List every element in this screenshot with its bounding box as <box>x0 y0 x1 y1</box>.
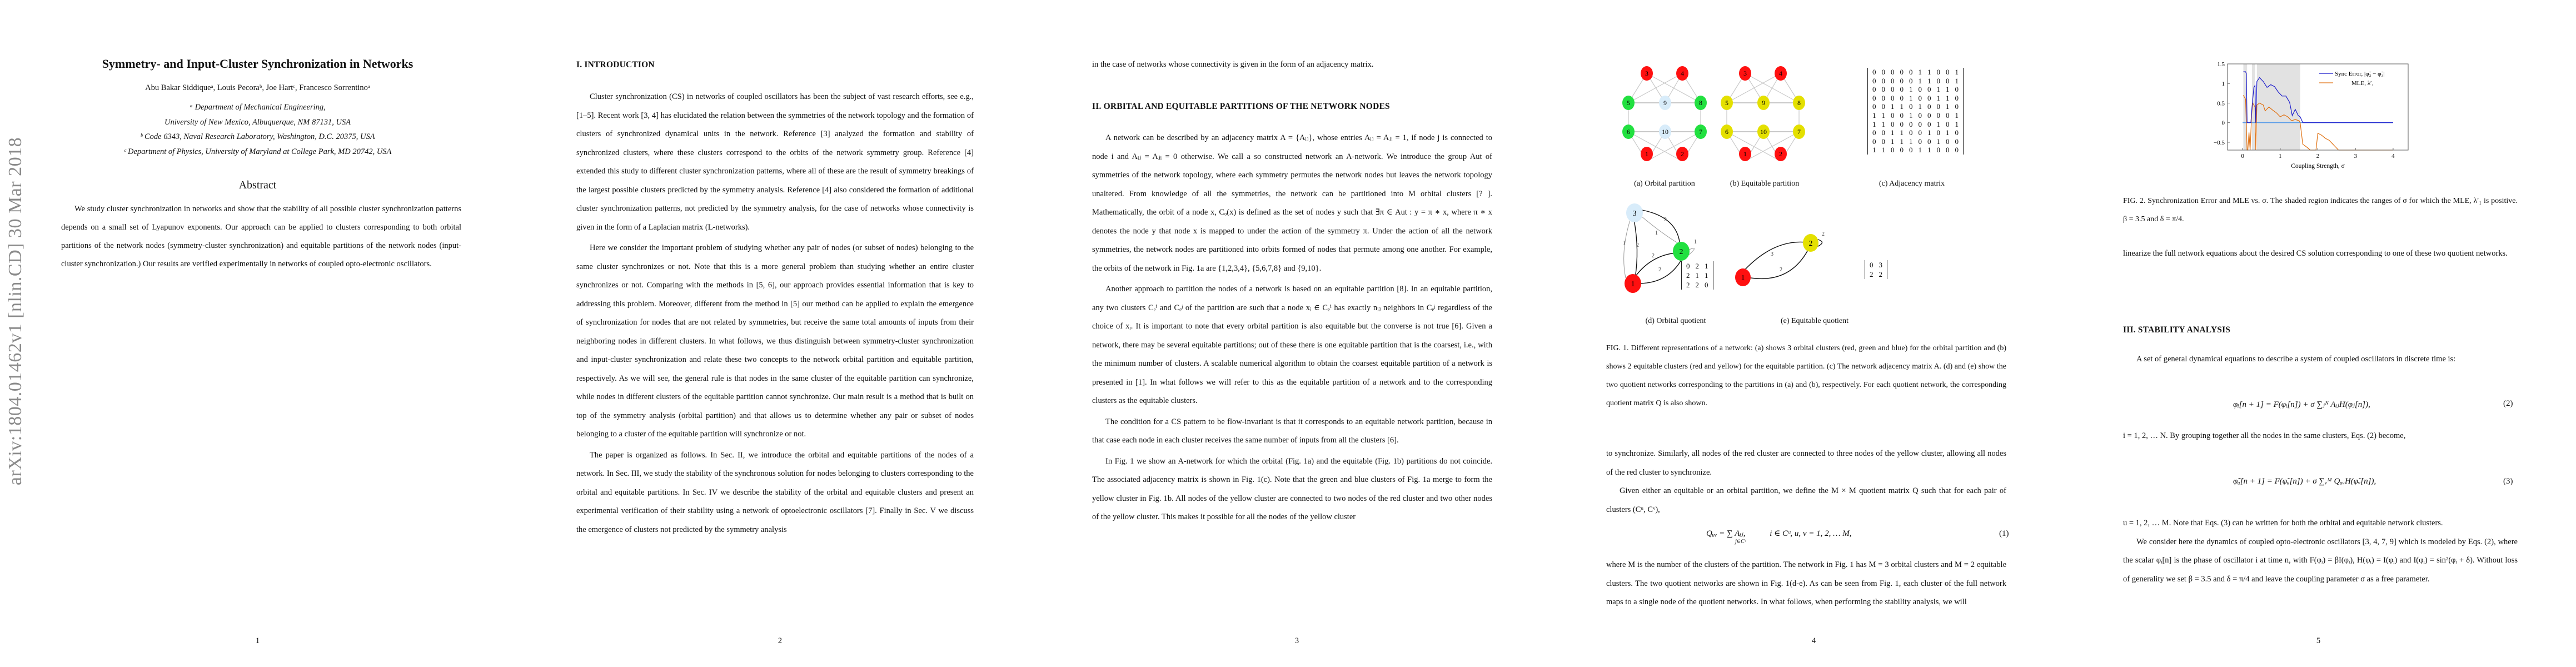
matrix-cell: 0 <box>1683 261 1693 271</box>
paragraph: A set of general dynamical equations to … <box>2123 350 2518 369</box>
figure-1e-equitable-quotient: 322 2 1 <box>1728 228 1840 289</box>
matrix-cell: 0 <box>1916 128 1925 137</box>
abstract-heading: Abstract <box>0 179 515 192</box>
page-4: 3 4 5 9 8 6 10 7 1 2 (a) Orbital partiti… <box>1556 0 2071 667</box>
matrix-cell: 0 <box>1879 94 1889 103</box>
svg-text:1: 1 <box>1694 239 1697 245</box>
matrix-cell: 1 <box>1870 146 1879 155</box>
matrix-cell: 1 <box>1952 111 1962 120</box>
matrix-cell: 1 <box>1943 94 1952 103</box>
matrix-cell: 0 <box>1879 102 1889 111</box>
section-3-body-2: i = 1, 2, … N. By grouping together all … <box>2123 427 2518 446</box>
matrix-cell: 2 <box>1683 271 1693 280</box>
matrix-row: 0000100110 <box>1870 85 1961 94</box>
paragraph: A network can be described by an adjacen… <box>1092 129 1492 278</box>
matrix-cell: 0 <box>1870 94 1879 103</box>
svg-text:6: 6 <box>1627 128 1630 136</box>
x-tick-label: 0 <box>2241 153 2244 160</box>
matrix-row: 220 <box>1683 280 1711 290</box>
svg-text:6: 6 <box>1725 128 1728 136</box>
continued-text: in the case of networks whose connectivi… <box>1092 56 1492 74</box>
svg-text:5: 5 <box>1627 99 1630 107</box>
affiliation-a: ᵃ Department of Mechanical Engineering, <box>0 103 515 112</box>
svg-text:5: 5 <box>1725 99 1728 107</box>
svg-text:2: 2 <box>1681 150 1684 158</box>
paragraph: We consider here the dynamics of coupled… <box>2123 533 2518 589</box>
x-tick-label: 2 <box>2316 153 2320 160</box>
figure-1-caption: FIG. 1. Different representations of a n… <box>1606 339 2006 412</box>
svg-text:9: 9 <box>1663 99 1667 107</box>
paragraph: The paper is organized as follows. In Se… <box>576 446 974 540</box>
matrix-row: 03 <box>1867 260 1885 270</box>
svg-text:1: 1 <box>1623 240 1626 246</box>
matrix-cell: 0 <box>1888 77 1897 86</box>
matrix-cell: 0 <box>1879 128 1889 137</box>
paragraph: to synchronize. Similarly, all nodes of … <box>1606 445 2006 482</box>
matrix-cell: 1 <box>1906 85 1916 94</box>
matrix-cell: 0 <box>1934 68 1944 77</box>
equation-2-number: (2) <box>2503 399 2513 409</box>
matrix-cell: 0 <box>1897 68 1907 77</box>
affiliation-a-address: University of New Mexico, Albuquerque, N… <box>0 118 515 127</box>
legend-mle: MLE, λ′₁ <box>2351 80 2374 87</box>
matrix-cell: 0 <box>1879 137 1889 146</box>
matrix-cell: 0 <box>1952 137 1962 146</box>
matrix-cell: 1 <box>1943 128 1952 137</box>
paragraph: In Fig. 1 we show an A-network for which… <box>1092 452 1492 527</box>
matrix-cell: 1 <box>1934 94 1944 103</box>
matrix-cell: 1 <box>1870 120 1879 129</box>
matrix-cell: 0 <box>1897 111 1907 120</box>
equation-2: φᵢ[n + 1] = F(φᵢ[n]) + σ ∑ⱼᴺ AᵢⱼH(φⱼ[n])… <box>2233 399 2370 410</box>
svg-text:4: 4 <box>1681 69 1684 77</box>
figure-2-chart: 01234−0.500.511.5Sync Error, |φ̃₂ − φ̃₃|… <box>2203 58 2414 170</box>
svg-text:2: 2 <box>1636 242 1639 248</box>
matrix-cell: 0 <box>1943 146 1952 155</box>
matrix-cell: 1 <box>1702 271 1711 280</box>
matrix-cell: 2 <box>1693 261 1702 271</box>
matrix-cell: 1 <box>1952 77 1962 86</box>
section-heading-introduction: I. INTRODUCTION <box>576 60 655 70</box>
matrix-cell: 1 <box>1906 111 1916 120</box>
author-list: Abu Bakar Siddiqueᵃ, Louis Pecoraᵇ, Joe … <box>0 83 515 93</box>
matrix-cell: 1 <box>1897 137 1907 146</box>
matrix-cell: 0 <box>1952 146 1962 155</box>
arxiv-stamp: arXiv:1804.01462v1 [nlin.CD] 30 Mar 2018 <box>4 111 27 511</box>
adjacency-matrix: 0000011001000001100100001001100000100110… <box>1867 68 1964 155</box>
matrix-cell: 1 <box>1906 94 1916 103</box>
matrix-cell: 2 <box>1683 280 1693 290</box>
svg-text:1: 1 <box>1655 230 1658 236</box>
matrix-row: 0011010010 <box>1870 102 1961 111</box>
matrix-cell: 1 <box>1925 128 1934 137</box>
matrix-cell: 0 <box>1934 128 1944 137</box>
matrix-cell: 0 <box>1870 137 1879 146</box>
paragraph: The condition for a CS pattern to be flo… <box>1092 413 1492 450</box>
matrix-cell: 1 <box>1916 77 1925 86</box>
matrix-cell: 0 <box>1888 146 1897 155</box>
matrix-cell: 0 <box>1934 111 1944 120</box>
matrix-cell: 2 <box>1876 270 1886 279</box>
matrix-cell: 0 <box>1906 128 1916 137</box>
x-tick-label: 3 <box>2354 153 2357 160</box>
figure-1b-equitable-partition: 3 4 5 9 8 6 10 7 1 2 <box>1710 58 1816 161</box>
equation-1-rhs: i ∈ Cᵘ, u, v = 1, 2, … M, <box>1770 529 1851 538</box>
section-3-body-3: u = 1, 2, … M. Note that Eqs. (3) can be… <box>2123 514 2518 589</box>
equation-3-number: (3) <box>2503 477 2513 486</box>
page-3: in the case of networks whose connectivi… <box>1039 0 1554 667</box>
x-tick-label: 4 <box>2391 153 2395 160</box>
matrix-cell: 1 <box>1702 261 1711 271</box>
matrix-cell: 0 <box>1943 137 1952 146</box>
svg-text:4: 4 <box>1779 69 1782 77</box>
matrix-cell: 0 <box>1906 77 1916 86</box>
abstract-text: We study cluster synchronization in netw… <box>61 200 461 273</box>
orbital-quotient-matrix: 021211220 <box>1681 261 1713 290</box>
equation-1-lhs: Qᵤᵥ = ∑ Aᵢⱼ, <box>1706 529 1745 538</box>
equation-1-subscript: j∈Cᵛ <box>1735 539 1852 545</box>
matrix-row: 211 <box>1683 271 1711 280</box>
page-number: 3 <box>1039 636 1554 646</box>
svg-text:9: 9 <box>1762 99 1765 107</box>
abstract-body: We study cluster synchronization in netw… <box>61 200 461 273</box>
shaded-region <box>2257 64 2300 150</box>
matrix-cell: 0 <box>1888 85 1897 94</box>
matrix-cell: 1 <box>1870 111 1879 120</box>
page-4-body: to synchronize. Similarly, all nodes of … <box>1606 445 2006 519</box>
matrix-cell: 1 <box>1952 120 1962 129</box>
subcaption-a: (a) Orbital partition <box>1623 180 1706 188</box>
paragraph: in the case of networks whose connectivi… <box>1092 56 1492 74</box>
page-4-body-after: where M is the number of the clusters of… <box>1606 556 2006 612</box>
introduction-body: Cluster synchronization (CS) in networks… <box>576 88 974 539</box>
matrix-cell: 1 <box>1879 146 1889 155</box>
matrix-cell: 0 <box>1870 77 1879 86</box>
matrix-cell: 0 <box>1934 146 1944 155</box>
y-tick-label: 1.5 <box>2217 61 2225 68</box>
page-5-continued: linearize the full network equations abo… <box>2123 245 2518 263</box>
matrix-cell: 0 <box>1897 77 1907 86</box>
matrix-cell: 0 <box>1870 128 1879 137</box>
svg-text:2: 2 <box>1680 248 1683 256</box>
matrix-cell: 0 <box>1925 111 1934 120</box>
subcaption-c: (c) Adjacency matrix <box>1873 180 1951 188</box>
svg-text:2: 2 <box>1822 231 1825 237</box>
svg-text:1: 1 <box>1743 150 1747 158</box>
section-2-body: A network can be described by an adjacen… <box>1092 129 1492 527</box>
matrix-cell: 0 <box>1906 102 1916 111</box>
svg-text:2: 2 <box>1664 217 1667 223</box>
matrix-cell: 0 <box>1897 94 1907 103</box>
affiliation-b: ᵇ Code 6343, Naval Research Laboratory, … <box>0 132 515 142</box>
matrix-cell: 0 <box>1943 77 1952 86</box>
matrix-cell: 0 <box>1702 280 1711 290</box>
matrix-cell: 1 <box>1897 128 1907 137</box>
equation-1: Qᵤᵥ = ∑ Aᵢⱼ, i ∈ Cᵘ, u, v = 1, 2, … M, j… <box>1706 528 1852 545</box>
svg-text:3: 3 <box>1743 69 1747 77</box>
svg-text:1: 1 <box>1631 280 1635 288</box>
matrix-cell: 1 <box>1952 68 1962 77</box>
matrix-cell: 0 <box>1888 94 1897 103</box>
matrix-cell: 0 <box>1925 120 1934 129</box>
matrix-row: 1100100001 <box>1870 111 1961 120</box>
paragraph: linearize the full network equations abo… <box>2123 245 2518 263</box>
matrix-cell: 3 <box>1876 260 1886 270</box>
matrix-cell: 0 <box>1870 102 1879 111</box>
matrix-cell: 1 <box>1934 85 1944 94</box>
paragraph: i = 1, 2, … N. By grouping together all … <box>2123 427 2518 446</box>
matrix-cell: 0 <box>1943 68 1952 77</box>
page-number: 1 <box>0 636 515 646</box>
section-3-body: A set of general dynamical equations to … <box>2123 350 2518 369</box>
matrix-cell: 1 <box>1897 102 1907 111</box>
matrix-cell: 0 <box>1888 111 1897 120</box>
subcaption-b: (b) Equitable partition <box>1720 180 1809 188</box>
equation-1-number: (1) <box>1999 529 2009 539</box>
matrix-cell: 1 <box>1943 102 1952 111</box>
figure-1a-orbital-partition: 3 4 5 9 8 6 10 7 1 2 <box>1612 58 1717 161</box>
matrix-row: 1100011000 <box>1870 146 1961 155</box>
matrix-cell: 0 <box>1916 137 1925 146</box>
matrix-cell: 0 <box>1906 68 1916 77</box>
matrix-row: 22 <box>1867 270 1885 279</box>
matrix-cell: 0 <box>1916 120 1925 129</box>
paragraph: u = 1, 2, … M. Note that Eqs. (3) can be… <box>2123 514 2518 533</box>
matrix-cell: 0 <box>1925 137 1934 146</box>
y-tick-label: −0.5 <box>2214 140 2225 146</box>
matrix-cell: 1 <box>1934 137 1944 146</box>
matrix-cell: 0 <box>1879 77 1889 86</box>
matrix-cell: 0 <box>1906 120 1916 129</box>
matrix-cell: 0 <box>1906 146 1916 155</box>
subcaption-e: (e) Equitable quotient <box>1773 317 1856 326</box>
page-2: I. INTRODUCTION Cluster synchronization … <box>522 0 1038 667</box>
matrix-cell: 1 <box>1879 120 1889 129</box>
matrix-cell: 1 <box>1934 120 1944 129</box>
section-heading-partitions: II. ORBITAL AND EQUITABLE PARTITIONS OF … <box>1092 102 1390 112</box>
subcaption-d: (d) Orbital quotient <box>1628 317 1723 326</box>
paper-title: Symmetry- and Input-Cluster Synchronizat… <box>0 57 515 71</box>
matrix-cell: 1 <box>1906 137 1916 146</box>
svg-text:2: 2 <box>1809 240 1813 248</box>
matrix-cell: 0 <box>1879 68 1889 77</box>
matrix-cell: 0 <box>1897 85 1907 94</box>
y-tick-label: 1 <box>2222 81 2225 87</box>
y-tick-label: 0.5 <box>2217 100 2225 107</box>
page-5: 01234−0.500.511.5Sync Error, |φ̃₂ − φ̃₃|… <box>2061 0 2576 667</box>
svg-text:3: 3 <box>1645 69 1648 77</box>
svg-text:7: 7 <box>1699 128 1702 136</box>
matrix-cell: 0 <box>1943 111 1952 120</box>
matrix-cell: 2 <box>1693 280 1702 290</box>
matrix-cell: 1 <box>1888 102 1897 111</box>
svg-text:1: 1 <box>1645 150 1648 158</box>
paragraph: Here we consider the important problem o… <box>576 239 974 444</box>
svg-text:10: 10 <box>1662 128 1668 136</box>
matrix-cell: 1 <box>1925 146 1934 155</box>
matrix-cell: 1 <box>1943 85 1952 94</box>
matrix-cell: 0 <box>1879 85 1889 94</box>
matrix-row: 1100000101 <box>1870 120 1961 129</box>
matrix-cell: 0 <box>1952 128 1962 137</box>
matrix-cell: 1 <box>1693 271 1702 280</box>
x-axis-label: Coupling Strength, σ <box>2291 163 2345 170</box>
matrix-row: 0000011001 <box>1870 68 1961 77</box>
svg-text:2: 2 <box>1780 267 1782 273</box>
matrix-cell: 1 <box>1916 68 1925 77</box>
matrix-cell: 0 <box>1888 120 1897 129</box>
page-1: arXiv:1804.01462v1 [nlin.CD] 30 Mar 2018… <box>0 0 515 667</box>
matrix-cell: 0 <box>1916 94 1925 103</box>
page-number: 5 <box>2061 636 2576 646</box>
matrix-cell: 0 <box>1943 120 1952 129</box>
matrix-cell: 0 <box>1870 68 1879 77</box>
svg-text:7: 7 <box>1797 128 1801 136</box>
matrix-cell: 0 <box>1916 85 1925 94</box>
matrix-cell: 0 <box>1897 146 1907 155</box>
matrix-cell: 0 <box>1867 260 1876 270</box>
figure-2-caption: FIG. 2. Synchronization Error and MLE vs… <box>2123 192 2518 228</box>
matrix-cell: 0 <box>1888 68 1897 77</box>
svg-text:2: 2 <box>1652 253 1655 259</box>
matrix-cell: 0 <box>1925 102 1934 111</box>
matrix-cell: 0 <box>1952 85 1962 94</box>
affiliation-c: ᶜ Department of Physics, University of M… <box>0 147 515 157</box>
matrix-cell: 0 <box>1897 120 1907 129</box>
matrix-row: 0000011001 <box>1870 77 1961 86</box>
matrix-row: 0011100100 <box>1870 137 1961 146</box>
matrix-cell: 0 <box>1870 85 1879 94</box>
matrix-cell: 0 <box>1934 77 1944 86</box>
section-heading-stability: III. STABILITY ANALYSIS <box>2123 325 2230 335</box>
legend-sync-error: Sync Error, |φ̃₂ − φ̃₃| <box>2335 71 2385 77</box>
matrix-cell: 1 <box>1925 77 1934 86</box>
matrix-cell: 0 <box>1925 85 1934 94</box>
paragraph: Another approach to partition the nodes … <box>1092 280 1492 411</box>
svg-text:2: 2 <box>1658 267 1661 273</box>
matrix-row: 021 <box>1683 261 1711 271</box>
matrix-row: 0000100110 <box>1870 94 1961 103</box>
svg-text:3: 3 <box>1771 251 1773 257</box>
svg-text:2: 2 <box>1779 150 1782 158</box>
equitable-quotient-matrix: 0322 <box>1865 260 1887 279</box>
matrix-cell: 0 <box>1952 102 1962 111</box>
matrix-cell: 2 <box>1867 270 1876 279</box>
paragraph: Cluster synchronization (CS) in networks… <box>576 88 974 237</box>
svg-text:8: 8 <box>1699 99 1702 107</box>
matrix-cell: 0 <box>1916 111 1925 120</box>
matrix-cell: 0 <box>1925 94 1934 103</box>
x-tick-label: 1 <box>2279 153 2282 160</box>
matrix-cell: 1 <box>1879 111 1889 120</box>
matrix-cell: 1 <box>1916 146 1925 155</box>
svg-text:3: 3 <box>1633 210 1637 218</box>
page-number: 4 <box>1556 636 2071 646</box>
matrix-row: 0011001010 <box>1870 128 1961 137</box>
matrix-cell: 1 <box>1888 137 1897 146</box>
matrix-cell: 1 <box>1916 102 1925 111</box>
svg-text:8: 8 <box>1797 99 1801 107</box>
page-number: 2 <box>522 636 1038 646</box>
svg-text:10: 10 <box>1760 128 1767 136</box>
matrix-cell: 0 <box>1934 102 1944 111</box>
matrix-cell: 0 <box>1952 94 1962 103</box>
matrix-cell: 1 <box>1888 128 1897 137</box>
paragraph: Given either an equitable or an orbital … <box>1606 482 2006 519</box>
y-tick-label: 0 <box>2222 120 2225 127</box>
matrix-cell: 1 <box>1925 68 1934 77</box>
svg-text:1: 1 <box>1741 274 1745 282</box>
equation-3: φ̃ᵤ[n + 1] = F(φ̃ᵤ[n]) + σ ∑ᵥᴹ QᵤᵥH(φ̃ᵥ[… <box>2233 477 2376 486</box>
paragraph: where M is the number of the clusters of… <box>1606 556 2006 612</box>
